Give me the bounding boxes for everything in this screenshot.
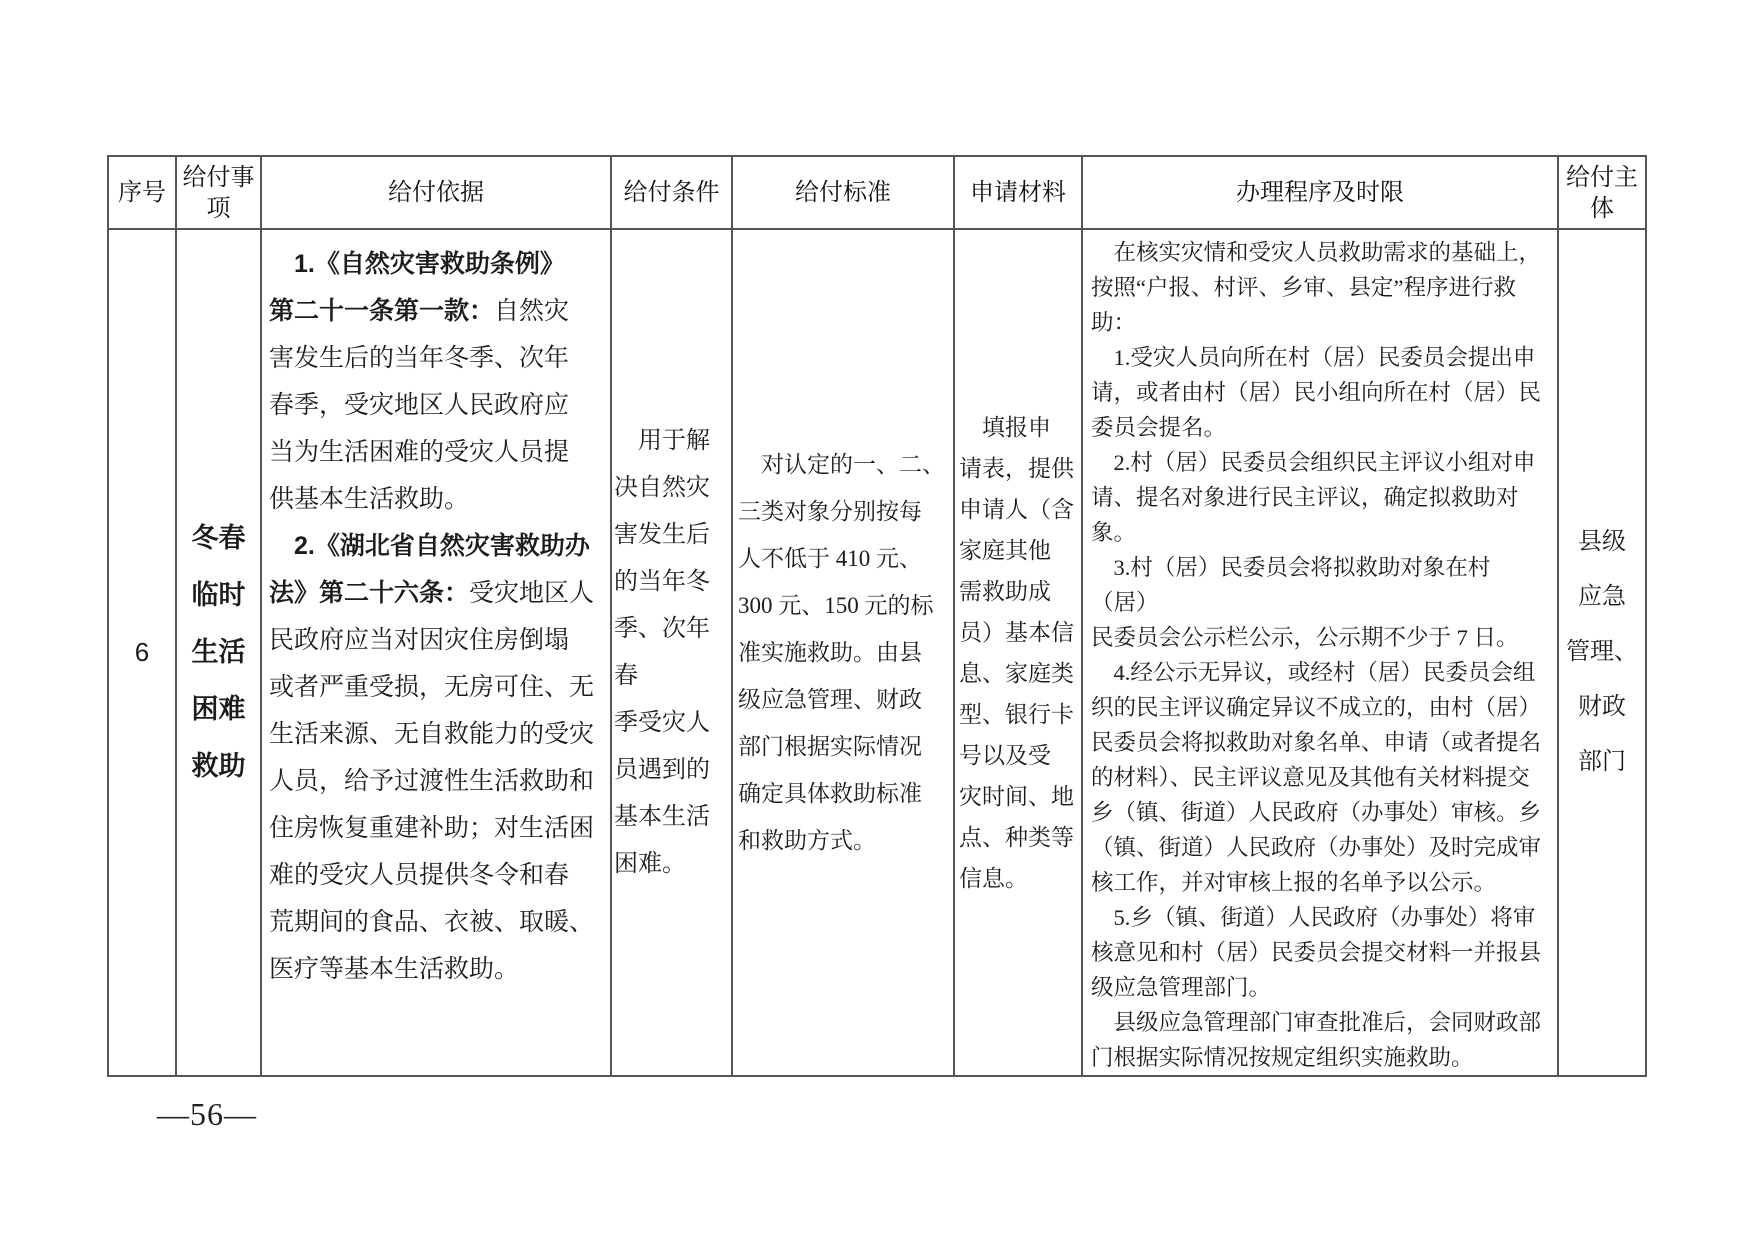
- basis-text-2: 受灾地区人 民政府应当对因灾住房倒塌 或者严重受损，无房可住、无 生活来源、无自…: [269, 580, 594, 983]
- header-standard: 给付标准: [732, 156, 954, 229]
- header-basis: 给付依据: [261, 156, 611, 229]
- table-header-row: 序号 给付事项 给付依据 给付条件 给付标准 申请材料 办理程序及时限 给付主体: [108, 156, 1646, 229]
- header-materials: 申请材料: [954, 156, 1082, 229]
- header-condition: 给付条件: [611, 156, 732, 229]
- header-seq: 序号: [108, 156, 176, 229]
- cell-condition: 用于解 决自然灾 害发生后 的当年冬 季、次年春 季受灾人 员遇到的 基本生活 …: [611, 229, 732, 1076]
- header-procedure: 办理程序及时限: [1082, 156, 1558, 229]
- table-row: 6 冬春 临时 生活 困难 救助 1.《自然灾害救助条例》 第二十一条第一款：自…: [108, 229, 1646, 1076]
- header-item: 给付事项: [176, 156, 261, 229]
- cell-materials: 填报申 请表，提供 申请人（含 家庭其他 需救助成 员）基本信 息、家庭类 型、…: [954, 229, 1082, 1076]
- basis-text-1: 自然灾 害发生后的当年冬季、次年 春季，受灾地区人民政府应 当为生活困难的受灾人…: [269, 298, 569, 513]
- document-page: 序号 给付事项 给付依据 给付条件 给付标准 申请材料 办理程序及时限 给付主体…: [0, 0, 1753, 1240]
- cell-basis: 1.《自然灾害救助条例》 第二十一条第一款：自然灾 害发生后的当年冬季、次年 春…: [261, 229, 611, 1076]
- cell-seq: 6: [108, 229, 176, 1076]
- cell-subject: 县级 应急 管理、 财政 部门: [1558, 229, 1646, 1076]
- header-subject: 给付主体: [1558, 156, 1646, 229]
- cell-procedure: 在核实灾情和受灾人员救助需求的基础上， 按照“户报、村评、乡审、县定”程序进行救…: [1082, 229, 1558, 1076]
- page-number: —56—: [157, 1096, 257, 1133]
- benefit-table: 序号 给付事项 给付依据 给付条件 给付标准 申请材料 办理程序及时限 给付主体…: [107, 155, 1647, 1077]
- cell-standard: 对认定的一、二、 三类对象分别按每 人不低于 410 元、 300 元、150 …: [732, 229, 954, 1076]
- cell-item: 冬春 临时 生活 困难 救助: [176, 229, 261, 1076]
